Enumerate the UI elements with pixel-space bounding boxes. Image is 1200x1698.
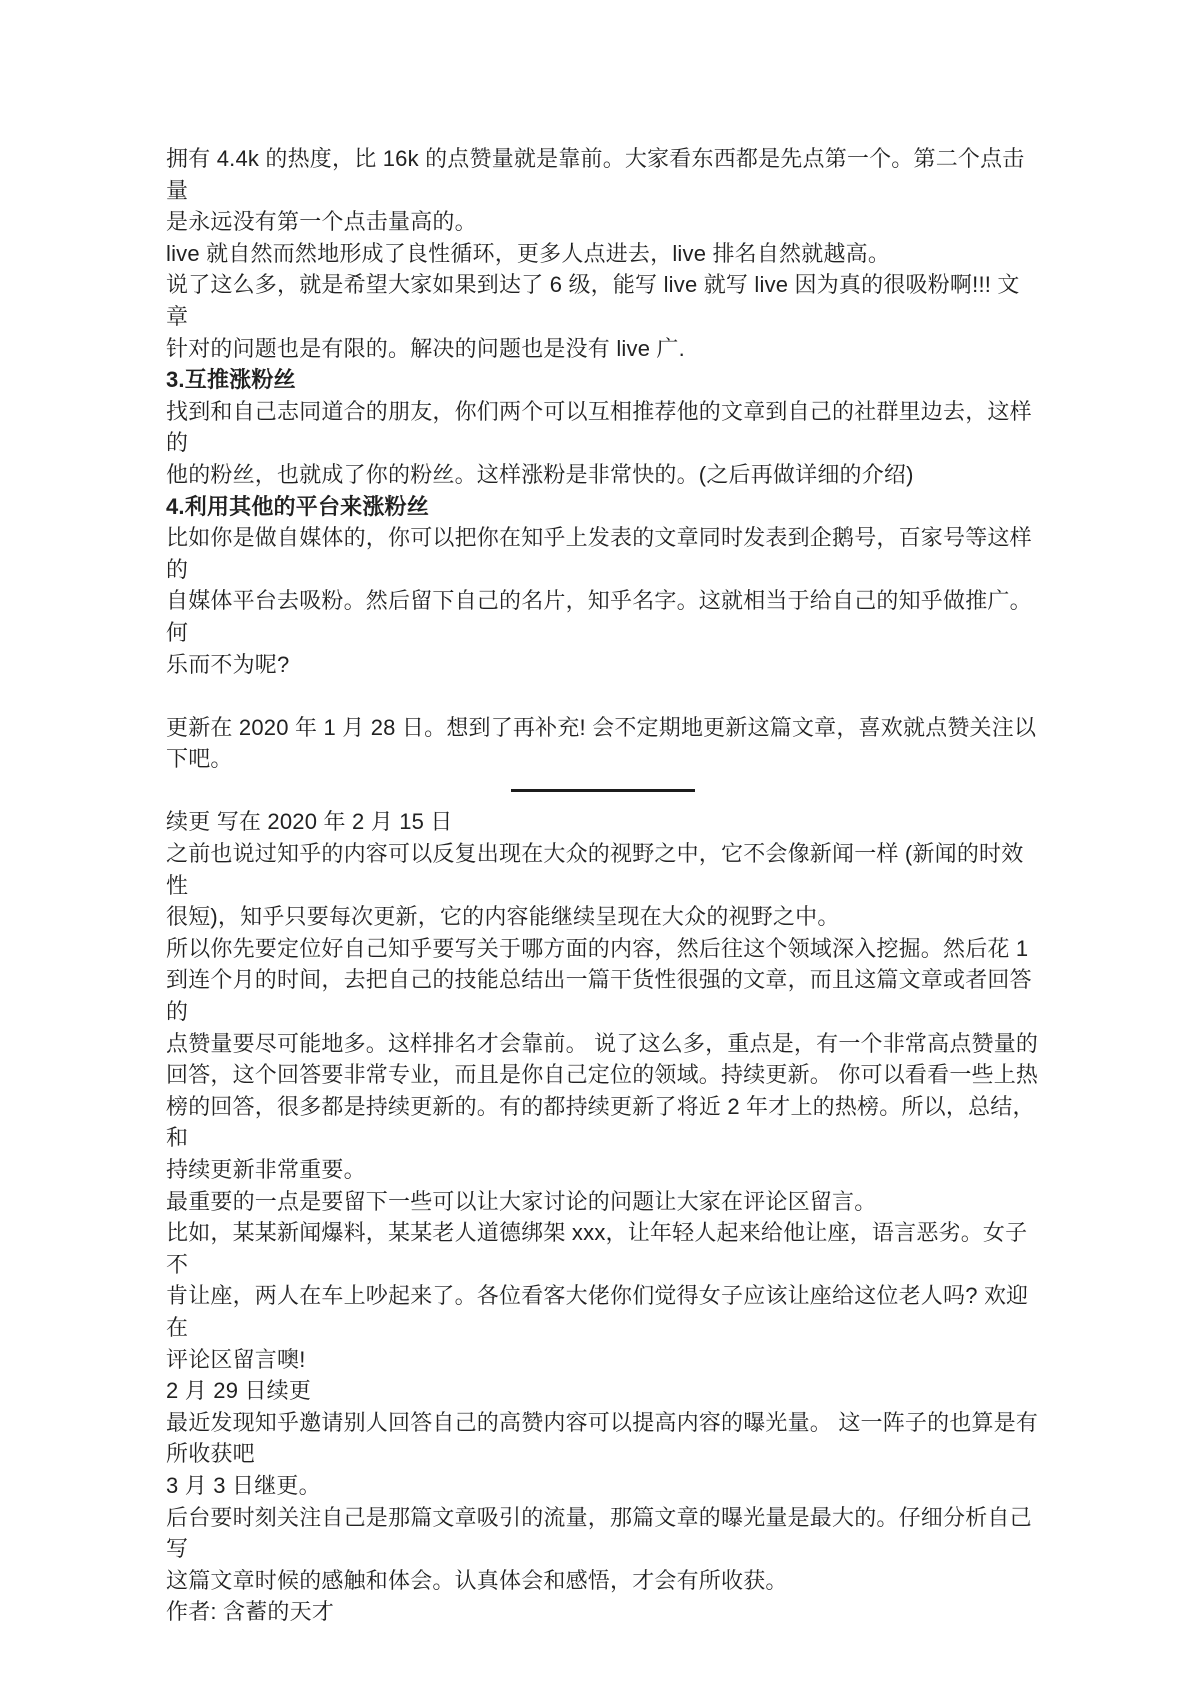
horizontal-divider: [511, 789, 695, 792]
author-line: 作者: 含蓄的天才: [166, 1596, 1040, 1628]
paragraph-line: 后台要时刻关注自己是那篇文章吸引的流量，那篇文章的曝光量是最大的。仔细分析自己写: [166, 1502, 1040, 1565]
blank-line: [166, 680, 1040, 712]
paragraph-line: 最重要的一点是要留下一些可以让大家讨论的问题让大家在评论区留言。: [166, 1186, 1040, 1218]
paragraph-line: 最近发现知乎邀请别人回答自己的高赞内容可以提高内容的曝光量。 这一阵子的也算是有: [166, 1407, 1040, 1439]
paragraph-line: 这篇文章时候的感触和体会。认真体会和感悟，才会有所收获。: [166, 1565, 1040, 1597]
paragraph-line: 是永远没有第一个点击量高的。: [166, 206, 1040, 238]
document-body: 拥有 4.4k 的热度，比 16k 的点赞量就是靠前。大家看东西都是先点第一个。…: [166, 143, 1040, 1628]
paragraph-line: 肯让座，两人在车上吵起来了。各位看客大佬你们觉得女子应该让座给这位老人吗? 欢迎…: [166, 1280, 1040, 1343]
paragraph-line: 说了这么多，就是希望大家如果到达了 6 级，能写 live 就写 live 因为…: [166, 269, 1040, 332]
paragraph-line: live 就自然而然地形成了良性循环，更多人点进去，live 排名自然就越高。: [166, 238, 1040, 270]
update-date-line: 2 月 29 日续更: [166, 1375, 1040, 1407]
paragraph-line: 之前也说过知乎的内容可以反复出现在大众的视野之中，它不会像新闻一样 (新闻的时效…: [166, 838, 1040, 901]
update-note-line: 更新在 2020 年 1 月 28 日。想到了再补充! 会不定期地更新这篇文章，…: [166, 712, 1040, 744]
paragraph-line: 拥有 4.4k 的热度，比 16k 的点赞量就是靠前。大家看东西都是先点第一个。…: [166, 143, 1040, 206]
paragraph-line: 点赞量要尽可能地多。这样排名才会靠前。 说了这么多，重点是，有一个非常高点赞量的: [166, 1028, 1040, 1060]
section-heading-4: 4.利用其他的平台来涨粉丝: [166, 491, 1040, 523]
paragraph-line: 到连个月的时间，去把自己的技能总结出一篇干货性很强的文章，而且这篇文章或者回答的: [166, 964, 1040, 1027]
paragraph-line: 榜的回答，很多都是持续更新的。有的都持续更新了将近 2 年才上的热榜。所以，总结…: [166, 1091, 1040, 1154]
paragraph-line: 找到和自己志同道合的朋友，你们两个可以互相推荐他的文章到自己的社群里边去，这样的: [166, 396, 1040, 459]
paragraph-line: 比如你是做自媒体的，你可以把你在知乎上发表的文章同时发表到企鹅号，百家号等这样的: [166, 522, 1040, 585]
paragraph-line: 所以你先要定位好自己知乎要写关于哪方面的内容，然后往这个领域深入挖掘。然后花 1: [166, 933, 1040, 965]
update-date-line: 3 月 3 日继更。: [166, 1470, 1040, 1502]
paragraph-line: 所收获吧: [166, 1438, 1040, 1470]
paragraph-line: 乐而不为呢?: [166, 649, 1040, 681]
paragraph-line: 评论区留言噢!: [166, 1344, 1040, 1376]
paragraph-line: 很短)，知乎只要每次更新，它的内容能继续呈现在大众的视野之中。: [166, 901, 1040, 933]
paragraph-line: 比如，某某新闻爆料，某某老人道德绑架 xxx，让年轻人起来给他让座，语言恶劣。女…: [166, 1217, 1040, 1280]
section-heading-3: 3.互推涨粉丝: [166, 364, 1040, 396]
paragraph-line: 持续更新非常重要。: [166, 1154, 1040, 1186]
paragraph-line: 针对的问题也是有限的。解决的问题也是没有 live 广.: [166, 333, 1040, 365]
paragraph-line: 回答，这个回答要非常专业，而且是你自己定位的领域。持续更新。 你可以看看一些上热: [166, 1059, 1040, 1091]
paragraph-line: 他的粉丝，也就成了你的粉丝。这样涨粉是非常快的。(之后再做详细的介绍): [166, 459, 1040, 491]
divider-slot: [166, 775, 1040, 807]
document-page: 拥有 4.4k 的热度，比 16k 的点赞量就是靠前。大家看东西都是先点第一个。…: [0, 0, 1200, 1698]
update-note-line: 下吧。: [166, 743, 1040, 775]
update-date-line: 续更 写在 2020 年 2 月 15 日: [166, 806, 1040, 838]
paragraph-line: 自媒体平台去吸粉。然后留下自己的名片，知乎名字。这就相当于给自己的知乎做推广。何: [166, 585, 1040, 648]
